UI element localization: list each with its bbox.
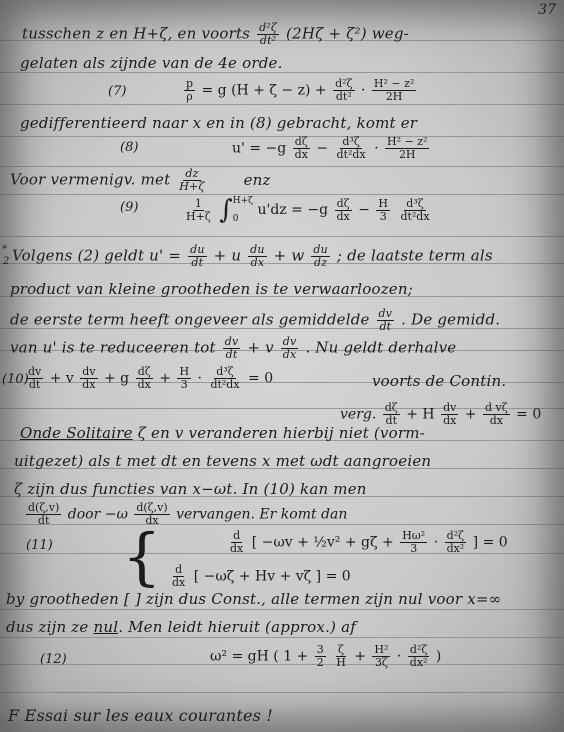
text: Volgens (2) geldt u' = bbox=[12, 247, 181, 265]
lower-limit: 0 bbox=[233, 210, 253, 228]
text: vervangen. Er komt dan bbox=[176, 507, 347, 523]
ruled-line bbox=[0, 104, 564, 105]
denominator: 3 bbox=[378, 211, 389, 223]
denominator: dx bbox=[488, 415, 505, 427]
text-line-21: ζ zijn dus functies van x−ωt. In (10) ka… bbox=[14, 480, 367, 498]
operator: + w bbox=[274, 247, 305, 265]
text-line-17: voorts de Contin. bbox=[372, 372, 506, 390]
ruled-line bbox=[0, 72, 564, 73]
fraction: pρ bbox=[184, 78, 195, 103]
fraction: dvdx bbox=[80, 366, 97, 391]
text: . Men leidt hieruit (approx.) af bbox=[118, 618, 356, 636]
denominator: H bbox=[334, 657, 348, 669]
fraction: H² − z²2H bbox=[372, 78, 416, 103]
denominator: dx bbox=[335, 211, 352, 223]
text: (2Hζ + ζ²) weg- bbox=[286, 25, 409, 43]
term: = g (H + ζ − z) + bbox=[202, 83, 327, 99]
denominator: dt bbox=[224, 349, 240, 361]
fraction: dvdx bbox=[281, 336, 299, 361]
fraction: d²ζdx² bbox=[408, 644, 430, 669]
denominator: dx² bbox=[445, 543, 467, 555]
denominator: 2 bbox=[315, 657, 326, 669]
fraction: dzH+ζ bbox=[177, 168, 206, 193]
operator: · bbox=[434, 535, 438, 551]
text: dus zijn ze bbox=[6, 618, 93, 636]
operator: + v bbox=[50, 371, 74, 387]
equation-7: pρ = g (H + ζ − z) + d²ζdt² · H² − z²2H bbox=[182, 78, 418, 103]
denominator: 2H bbox=[384, 91, 405, 103]
term: ) bbox=[436, 649, 441, 665]
term: [ −ωζ + Hv + vζ ] = 0 bbox=[194, 569, 351, 585]
text-line-8: gedifferentieerd naar x en in (8) gebrac… bbox=[20, 114, 417, 132]
brace: { bbox=[122, 526, 161, 588]
fraction: H²3ζ bbox=[372, 644, 390, 669]
operator: − bbox=[316, 141, 328, 157]
text-line-2: gelaten als zijnde van de 4e orde. bbox=[20, 54, 283, 72]
fraction: H3 bbox=[177, 366, 191, 391]
text-line-19: Onde Solitaire ζ en v veranderen hierbij… bbox=[20, 424, 425, 442]
term: ] = 0 bbox=[473, 535, 508, 551]
emphasis: nul bbox=[93, 618, 118, 636]
text: ζ en v veranderen hierbij niet (vorm- bbox=[138, 424, 425, 442]
term: u' = −g bbox=[232, 141, 286, 157]
equation-label-11: (11) bbox=[26, 538, 53, 553]
fraction: ddx bbox=[170, 564, 187, 589]
text: verg. bbox=[340, 407, 376, 423]
numerator: d³ζ bbox=[404, 198, 425, 211]
fraction: dζdx bbox=[335, 198, 352, 223]
text-line-14: product van kleine grootheden is te verw… bbox=[10, 280, 413, 298]
denominator: dt bbox=[27, 379, 42, 391]
fraction: 32 bbox=[315, 644, 326, 669]
operator: · bbox=[374, 141, 378, 157]
equation-12: ω² = gH ( 1 + 32 ζH + H²3ζ · d²ζdx² ) bbox=[210, 644, 441, 669]
text: . Nu geldt derhalve bbox=[305, 339, 456, 357]
numerator: 1 bbox=[193, 198, 204, 211]
denominator: dt² bbox=[258, 35, 278, 47]
equation-label-8: (8) bbox=[120, 140, 138, 155]
denominator: 3 bbox=[408, 543, 419, 555]
operator: + bbox=[354, 649, 366, 665]
numerator: dζ bbox=[335, 198, 352, 211]
section-heading: Onde Solitaire bbox=[20, 424, 133, 442]
equation-label-12: (12) bbox=[40, 652, 67, 667]
operator: · bbox=[198, 371, 202, 387]
operator: + g bbox=[104, 371, 129, 387]
fraction: H² − z²2H bbox=[385, 136, 429, 161]
fraction: dζdx bbox=[293, 136, 310, 161]
denominator: dx² bbox=[408, 657, 430, 669]
denominator: dx bbox=[441, 415, 458, 427]
fraction: dudt bbox=[188, 244, 207, 269]
text-line-10: Voor vermenigv. met dzH+ζ enz bbox=[10, 168, 271, 193]
page-number: 37 bbox=[538, 2, 556, 18]
text: van u' is te reduceeren tot bbox=[10, 339, 216, 357]
term: [ −ωv + ½v² + gζ + bbox=[252, 535, 394, 551]
fraction: dζdx bbox=[136, 366, 153, 391]
term: u'dz = −g bbox=[258, 202, 329, 218]
denominator: dx bbox=[293, 149, 310, 161]
fraction: d³ζdt²dx bbox=[398, 198, 431, 223]
fraction: d³ζdt²dx bbox=[208, 366, 241, 391]
term: ω² = gH ( 1 + bbox=[210, 649, 308, 665]
text-line-28: F Essai sur les eaux courantes ! bbox=[8, 706, 273, 725]
operator: · bbox=[397, 649, 401, 665]
equation-label-9: (9) bbox=[120, 200, 138, 215]
margin-subscript: 2 bbox=[3, 256, 9, 267]
denominator: 3ζ bbox=[373, 657, 390, 669]
text-line-13: Volgens (2) geldt u' = dudt + u dudx + w… bbox=[12, 244, 493, 269]
equation-11b: ddx [ −ωζ + Hv + vζ ] = 0 bbox=[168, 564, 351, 589]
denominator: ρ bbox=[184, 91, 194, 103]
operator: + v bbox=[247, 339, 273, 357]
equation-8: u' = −g dζdx − d³ζdt²dx · H² − z²2H bbox=[232, 136, 431, 161]
fraction: dvdt bbox=[223, 336, 241, 361]
denominator: dz bbox=[312, 257, 329, 269]
equation-label-7: (7) bbox=[108, 84, 126, 99]
denominator: dt²dx bbox=[398, 211, 431, 223]
denominator: dx bbox=[170, 577, 187, 589]
text-line-20: uitgezet) als t met dt en tevens x met ω… bbox=[14, 452, 431, 470]
ruled-line bbox=[0, 609, 564, 610]
denominator: dt bbox=[189, 257, 205, 269]
ruled-line bbox=[0, 236, 564, 237]
fraction: dvdx bbox=[441, 402, 458, 427]
operator: + bbox=[159, 371, 171, 387]
fraction: dvdt bbox=[26, 366, 43, 391]
text: Voor vermenigv. met bbox=[10, 171, 170, 189]
fraction: ddx bbox=[228, 530, 245, 555]
denominator: dx bbox=[80, 379, 97, 391]
text: ; de laatste term als bbox=[337, 247, 493, 265]
denominator: dt² bbox=[334, 91, 354, 103]
substitution-line: d(ζ,v)dt door −ω d(ζ,v)dx vervangen. Er … bbox=[24, 502, 347, 527]
denominator: 2H bbox=[397, 149, 418, 161]
fraction: 1H+ζ bbox=[184, 198, 213, 223]
fraction: d²ζdt² bbox=[257, 22, 279, 47]
denominator: 3 bbox=[179, 379, 190, 391]
fraction: dvdt bbox=[377, 308, 395, 333]
fraction: dudz bbox=[311, 244, 330, 269]
ruled-line bbox=[0, 692, 564, 693]
text: de eerste term heeft ongeveer als gemidd… bbox=[10, 311, 370, 329]
fraction: H3 bbox=[376, 198, 390, 223]
ruled-line bbox=[0, 637, 564, 638]
fraction: ζH bbox=[334, 644, 348, 669]
operator: + u bbox=[214, 247, 242, 265]
denominator: H+ζ bbox=[184, 211, 213, 223]
operator: + H bbox=[406, 407, 434, 423]
equation-10: dvdt + v dvdx + g dζdx + H3 · d³ζdt²dx =… bbox=[24, 366, 273, 391]
text: enz bbox=[244, 171, 271, 189]
denominator: dx bbox=[228, 543, 245, 555]
fraction: d²ζdt² bbox=[333, 78, 354, 103]
fraction: dudx bbox=[248, 244, 267, 269]
denominator: dt bbox=[36, 515, 51, 527]
equation-9: 1H+ζ ∫H+ζ0 u'dz = −g dζdx − H3 d³ζdt²dx bbox=[182, 192, 434, 228]
denominator: dt²dx bbox=[208, 379, 241, 391]
text-line-16: van u' is te reduceeren tot dvdt + v dvd… bbox=[10, 336, 456, 361]
ruled-line bbox=[0, 166, 564, 167]
text: . De gemidd. bbox=[401, 311, 500, 329]
text-line-1: tusschen z en H+ζ, en voorts d²ζdt² (2Hζ… bbox=[22, 22, 409, 47]
denominator: dt²dx bbox=[335, 149, 368, 161]
denominator: dt bbox=[377, 321, 393, 333]
denominator: dx bbox=[249, 257, 267, 269]
text: door −ω bbox=[68, 507, 128, 523]
integral-sign: ∫ bbox=[219, 195, 233, 225]
text-line-26: dus zijn ze nul. Men leidt hieruit (appr… bbox=[6, 618, 356, 636]
notebook-page: 37 tusschen z en H+ζ, en voorts d²ζdt² (… bbox=[0, 0, 564, 732]
numerator: H bbox=[376, 198, 390, 211]
term: = 0 bbox=[516, 407, 541, 423]
denominator: dx bbox=[136, 379, 153, 391]
fraction: d²ζdx² bbox=[445, 530, 467, 555]
operator: − bbox=[358, 202, 370, 218]
term: = 0 bbox=[248, 371, 273, 387]
fraction: d³ζdt²dx bbox=[335, 136, 368, 161]
margin-star: * bbox=[2, 244, 7, 255]
operator: + bbox=[465, 407, 477, 423]
text-line-15: de eerste term heeft ongeveer als gemidd… bbox=[10, 308, 500, 333]
denominator: dx bbox=[281, 349, 299, 361]
text: tusschen z en H+ζ, en voorts bbox=[22, 25, 250, 43]
operator: · bbox=[361, 83, 365, 99]
equation-11a: ddx [ −ωv + ½v² + gζ + Hω²3 · d²ζdx² ] =… bbox=[226, 530, 508, 555]
fraction: Hω²3 bbox=[400, 530, 427, 555]
text-line-25: by grootheden [ ] zijn dus Const., alle … bbox=[6, 590, 501, 608]
fraction: d vζdx bbox=[483, 402, 510, 427]
upper-limit: H+ζ bbox=[233, 192, 253, 210]
fraction: d(ζ,v)dt bbox=[26, 502, 61, 527]
